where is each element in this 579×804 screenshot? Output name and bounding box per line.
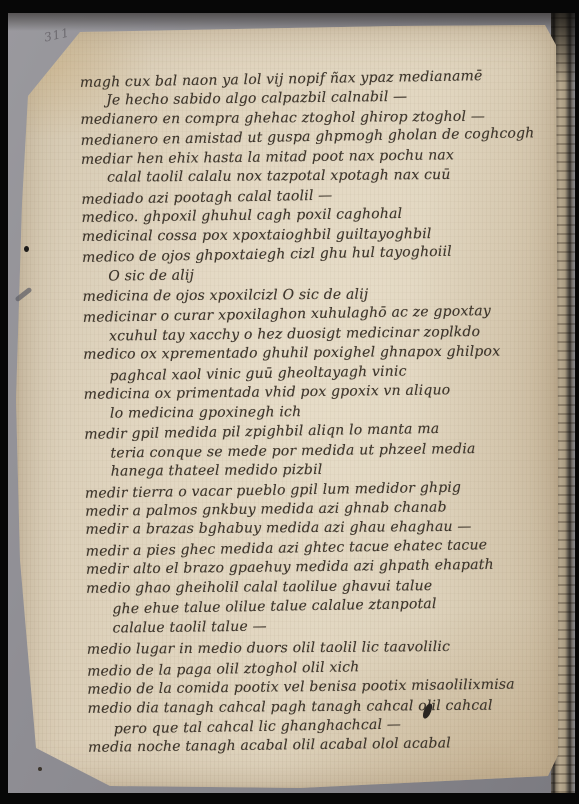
ink-speck [38, 767, 42, 771]
text-block: magh cux bal naon ya lol vij nopif ñax y… [80, 67, 548, 758]
manuscript-page: magh cux bal naon ya lol vij nopif ñax y… [14, 24, 560, 790]
ink-blot [24, 246, 29, 252]
photo-frame: magh cux bal naon ya lol vij nopif ñax y… [0, 0, 579, 804]
